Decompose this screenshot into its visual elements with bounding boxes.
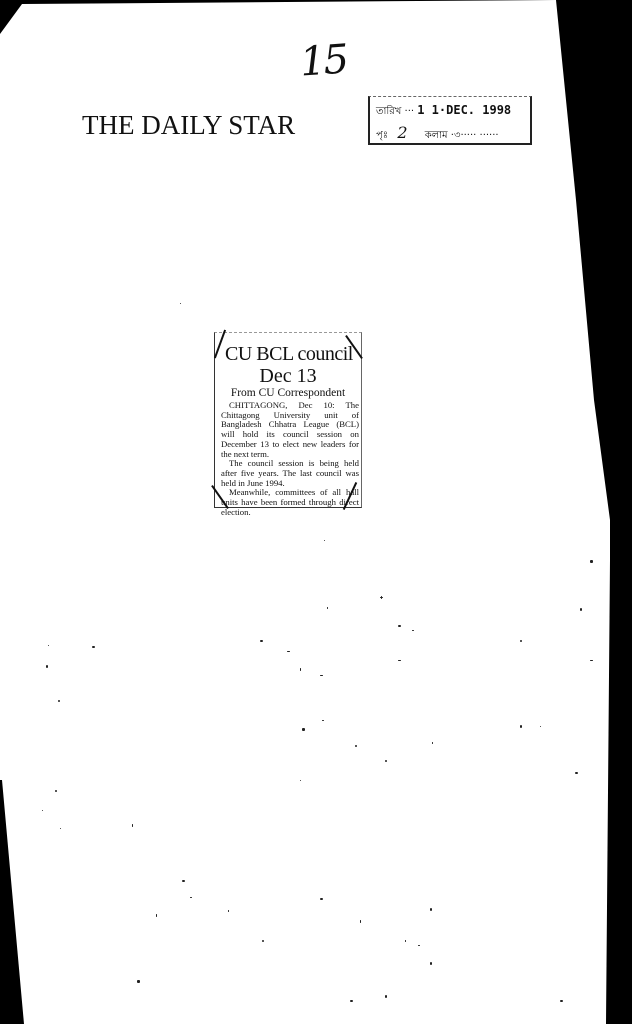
scan-speck bbox=[432, 742, 433, 744]
scan-speck bbox=[46, 665, 48, 668]
scan-speck bbox=[137, 980, 140, 983]
scan-speck bbox=[398, 660, 401, 661]
scan-speck bbox=[430, 962, 432, 965]
scan-speck bbox=[132, 824, 133, 827]
scan-speck bbox=[322, 720, 324, 721]
scan-speck bbox=[398, 625, 401, 627]
scan-speck bbox=[262, 940, 264, 942]
scan-speck bbox=[58, 700, 60, 702]
stamp-date-value: 1 1·DEC. 1998 bbox=[417, 103, 511, 117]
scan-speck bbox=[418, 945, 420, 946]
clipping-byline: From CU Correspondent bbox=[215, 387, 361, 399]
scan-speck bbox=[385, 995, 387, 998]
scan-speck bbox=[381, 596, 382, 599]
scan-speck bbox=[430, 908, 432, 911]
stamp-date-label: তারিখ ··· bbox=[376, 106, 414, 117]
scan-speck bbox=[520, 640, 522, 642]
stamp-page-value: 2 bbox=[397, 123, 407, 142]
scan-speck bbox=[520, 725, 522, 728]
clipping-body: CHITTAGONG, Dec 10: The Chittagong Unive… bbox=[221, 401, 359, 517]
stamp-column-label: কলাম ·৩····· ······ bbox=[425, 130, 499, 141]
news-clipping: CU BCL council Dec 13 From CU Correspond… bbox=[214, 332, 362, 508]
scan-speck bbox=[300, 668, 301, 671]
scan-speck bbox=[42, 810, 43, 811]
scan-speck bbox=[412, 630, 414, 631]
clipping-paragraph: CHITTAGONG, Dec 10: The Chittagong Unive… bbox=[221, 401, 359, 459]
scan-speck bbox=[228, 910, 229, 912]
clipping-paragraph: Meanwhile, committees of all hall units … bbox=[221, 488, 359, 517]
scanned-page: 15 THE DAILY STAR তারিখ ··· 1 1·DEC. 199… bbox=[0, 0, 632, 1024]
stamp-date-row: তারিখ ··· 1 1·DEC. 1998 bbox=[376, 103, 511, 121]
scan-speck bbox=[287, 651, 290, 652]
scan-speck bbox=[180, 303, 181, 304]
scan-speck bbox=[60, 828, 61, 829]
clipping-headline: CU BCL council bbox=[225, 343, 353, 366]
stamp-page-label: পৃঃ bbox=[376, 130, 388, 141]
scan-speck bbox=[55, 790, 57, 792]
scan-speck bbox=[327, 607, 328, 609]
scan-speck bbox=[350, 1000, 353, 1002]
scan-speck bbox=[190, 897, 192, 898]
scan-speck bbox=[92, 646, 95, 648]
scan-speck bbox=[355, 745, 357, 747]
newspaper-masthead: THE DAILY STAR bbox=[82, 110, 295, 141]
scan-speck bbox=[320, 675, 323, 676]
clipping-headline-date: Dec 13 bbox=[215, 365, 361, 388]
scan-speck bbox=[590, 560, 593, 563]
scan-speck bbox=[302, 728, 305, 731]
scan-speck bbox=[590, 660, 593, 661]
scan-speck bbox=[48, 645, 49, 646]
scan-speck bbox=[182, 880, 185, 882]
scan-speck bbox=[575, 772, 578, 774]
scan-speck bbox=[360, 920, 361, 923]
scan-speck bbox=[540, 726, 541, 727]
scan-speck bbox=[385, 760, 387, 762]
scan-speck bbox=[300, 780, 301, 781]
scan-speck bbox=[405, 940, 406, 942]
stamp-page-row: পৃঃ 2 কলাম ·৩····· ······ bbox=[376, 123, 499, 145]
scan-speck bbox=[156, 914, 157, 917]
handwritten-page-number: 15 bbox=[298, 36, 348, 85]
scan-speck bbox=[324, 540, 325, 541]
scan-speck bbox=[560, 1000, 563, 1002]
scan-speck bbox=[320, 898, 323, 900]
clipping-paragraph: The council session is being held after … bbox=[221, 459, 359, 488]
scan-speck bbox=[580, 608, 582, 611]
archive-stamp: তারিখ ··· 1 1·DEC. 1998 পৃঃ 2 কলাম ·৩···… bbox=[368, 96, 532, 145]
scan-speck bbox=[260, 640, 263, 642]
